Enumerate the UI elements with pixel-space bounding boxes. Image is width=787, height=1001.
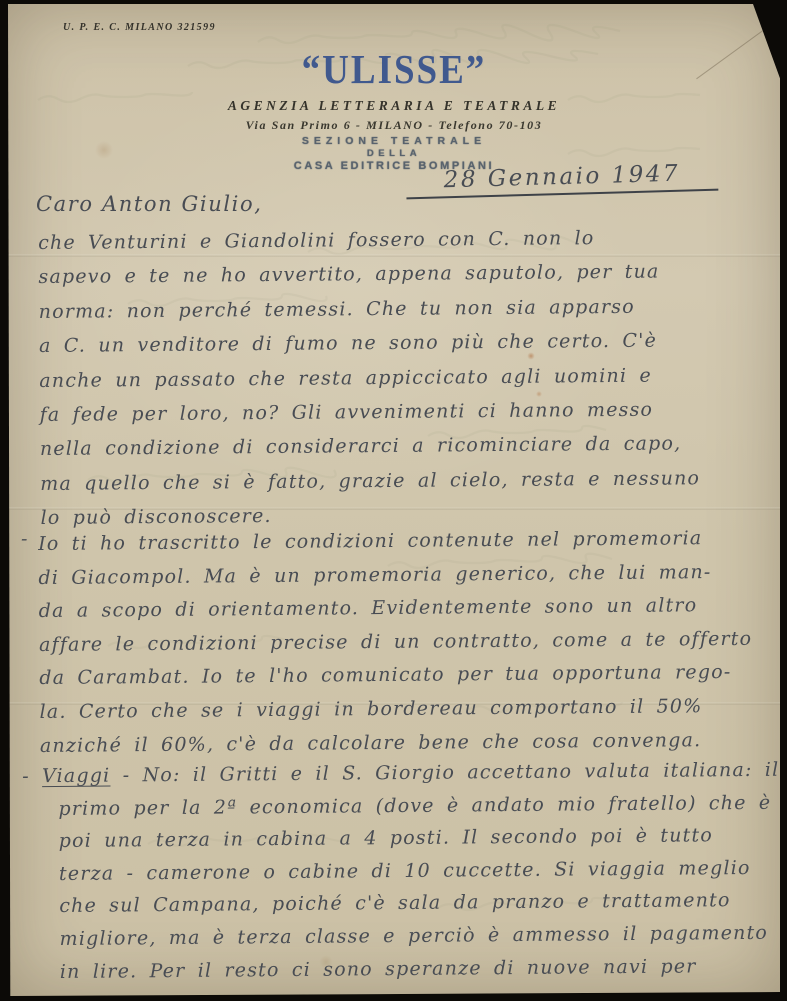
paragraph-dash: - — [22, 765, 30, 787]
handwriting-line: fa fede per loro, no? Gli avvenimenti ci… — [40, 392, 700, 432]
handwriting-line: anche un passato che resta appiccicato a… — [39, 358, 699, 398]
upec-imprint: U. P. E. C. MILANO 321599 — [63, 22, 216, 33]
handwriting-line: a C. un venditore di fumo ne sono più ch… — [39, 323, 699, 363]
handwriting-line-text: - No: il Gritti e il S. Giorgio accettan… — [123, 759, 780, 787]
paragraph-dash: - — [21, 528, 27, 550]
handwriting-line: ma quello che si è fatto, grazie al ciel… — [40, 461, 700, 501]
letterhead-address: Via San Primo 6 - MILANO - Telefono 70-1… — [8, 118, 780, 133]
handwriting-line: in lire. Per il resto ci sono speranze d… — [60, 949, 781, 988]
handwriting-line: norma: non perché temessi. Che tu non si… — [39, 289, 699, 329]
handwriting-line: sapevo e te ne ho avvertito, appena sapu… — [38, 255, 698, 295]
handwriting-line: che Venturini e Giandolini fossero con C… — [38, 220, 698, 260]
stamp-line-1: SEZIONE TEATRALE — [8, 135, 780, 148]
salutation: Caro Anton Giulio, — [36, 192, 263, 216]
paragraph-1: che Venturini e Giandolini fossero con C… — [38, 220, 701, 535]
letter-paper: U. P. E. C. MILANO 321599 “ULISSE” AGENZ… — [8, 4, 780, 996]
letterhead-subtitle: AGENZIA LETTERARIA E TEATRALE — [8, 98, 780, 114]
handwriting-line: la. Certo che se i viaggi in bordereau c… — [39, 690, 753, 730]
paragraph-2: Io ti ho trascritto le condizioni conten… — [38, 522, 753, 763]
handwriting-line: Io ti ho trascritto le condizioni conten… — [38, 522, 752, 562]
viaggi-heading: Viaggi — [42, 765, 111, 788]
letterhead-title: “ULISSE” — [8, 46, 780, 94]
handwriting-line: nella condizione di considerarci a ricom… — [40, 427, 700, 467]
photo-frame: U. P. E. C. MILANO 321599 “ULISSE” AGENZ… — [0, 0, 787, 1001]
stamp-line-2: DELLA — [8, 148, 780, 161]
paragraph-3-viaggi: - Viaggi - No: il Gritti e il S. Giorgio… — [58, 754, 781, 988]
